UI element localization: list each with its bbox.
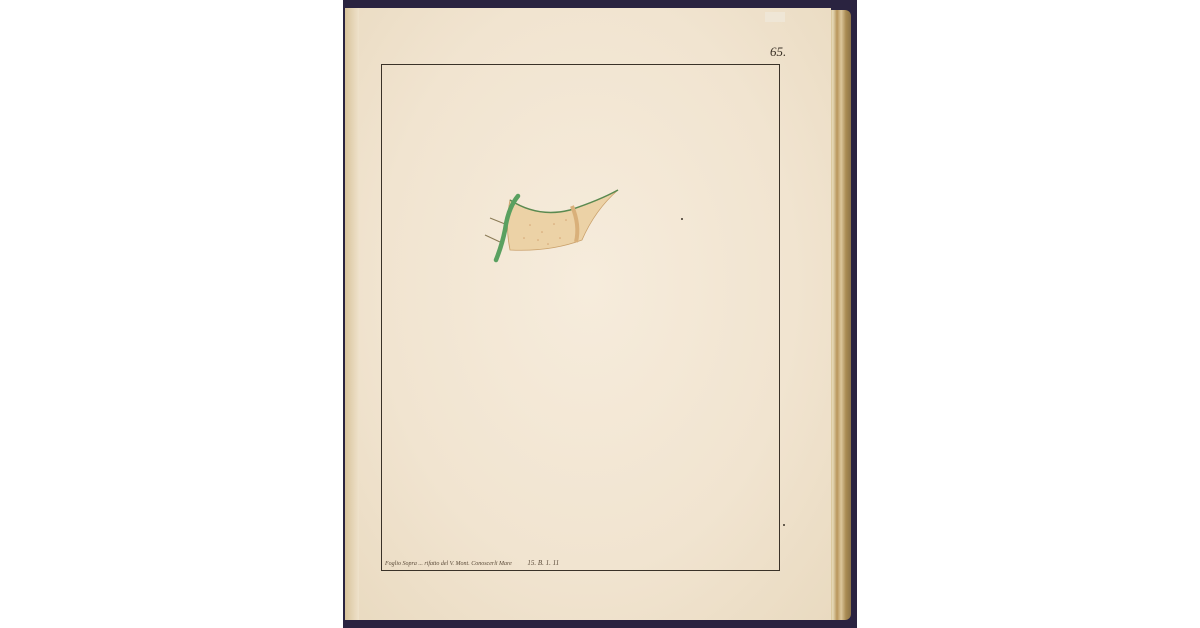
page-number: 65. [770,44,786,60]
caption-text: Foglio Sopra ... rifatto del V. Mont. Co… [385,561,512,567]
caption: Foglio Sopra ... rifatto del V. Mont. Co… [385,559,559,567]
manuscript-page: 65. Foglio Sopra ... rifatto del V. Mont… [345,8,831,620]
ink-speck [681,218,683,220]
drawing-frame [381,64,780,571]
gutter-shadow [345,8,359,620]
caption-number: 15. B. 1. 11 [527,559,559,567]
page-tab [765,12,785,22]
specimen-drawing [480,180,630,275]
manuscript-photo: 65. Foglio Sopra ... rifatto del V. Mont… [343,0,857,628]
ink-speck [783,524,785,526]
